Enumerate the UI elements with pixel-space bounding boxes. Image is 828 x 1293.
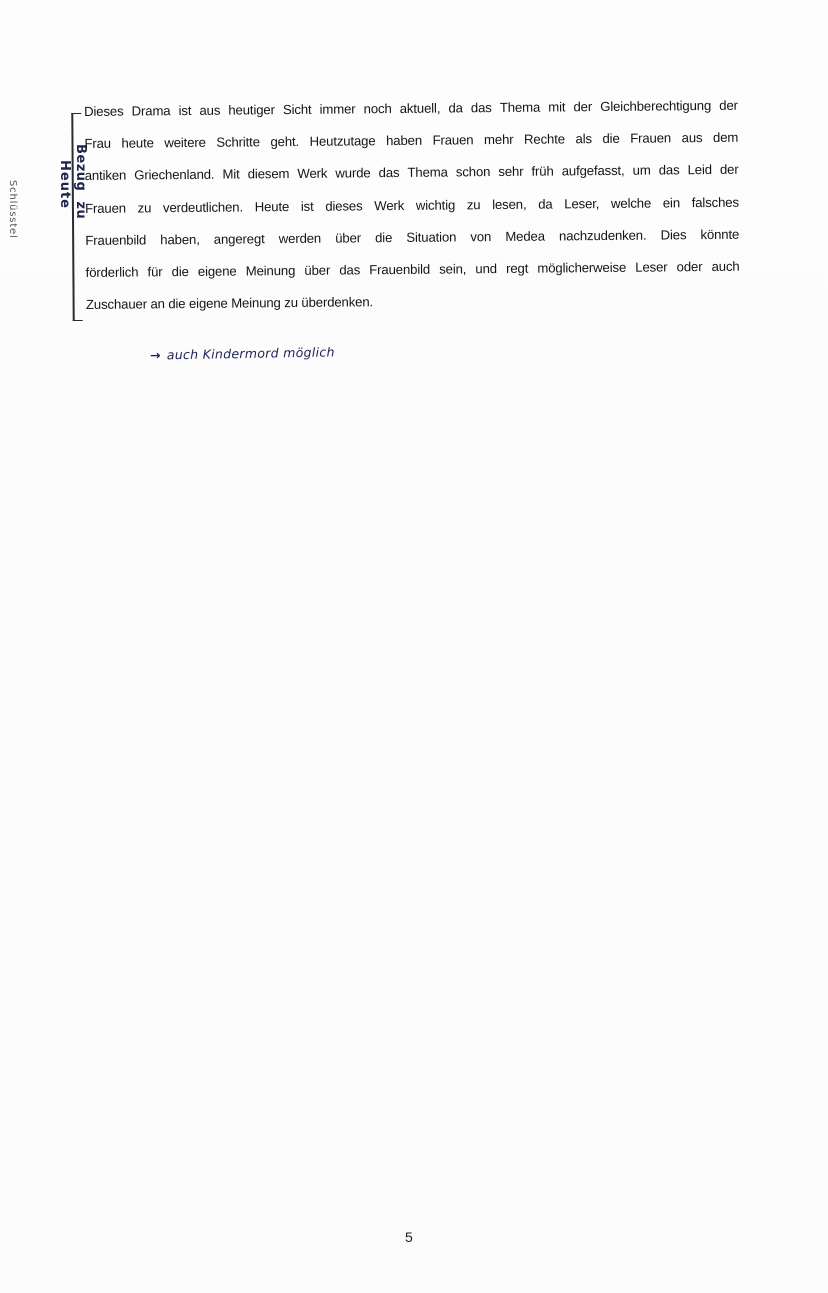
- handwritten-note-text: auch Kindermord möglich: [167, 344, 335, 362]
- margin-bracket: [71, 113, 82, 321]
- arrow-icon: →: [150, 347, 161, 362]
- margin-note-line: Heute: [56, 160, 72, 240]
- text-line: Zuschauer an die eigene Meinung zu überd…: [86, 289, 740, 327]
- document-page: Schlüsstel Bezug zu Heute DiesesDramaist…: [0, 0, 828, 1293]
- handwritten-note: →auch Kindermord möglich: [150, 344, 335, 362]
- page-number: 5: [405, 1229, 413, 1245]
- text-line: förderlichfürdieeigeneMeinungüberdasFrau…: [86, 257, 740, 295]
- margin-note-pencil: Schlüsstel: [7, 180, 18, 239]
- body-paragraph: DiesesDramaistausheutigerSichtimmernocha…: [84, 96, 740, 328]
